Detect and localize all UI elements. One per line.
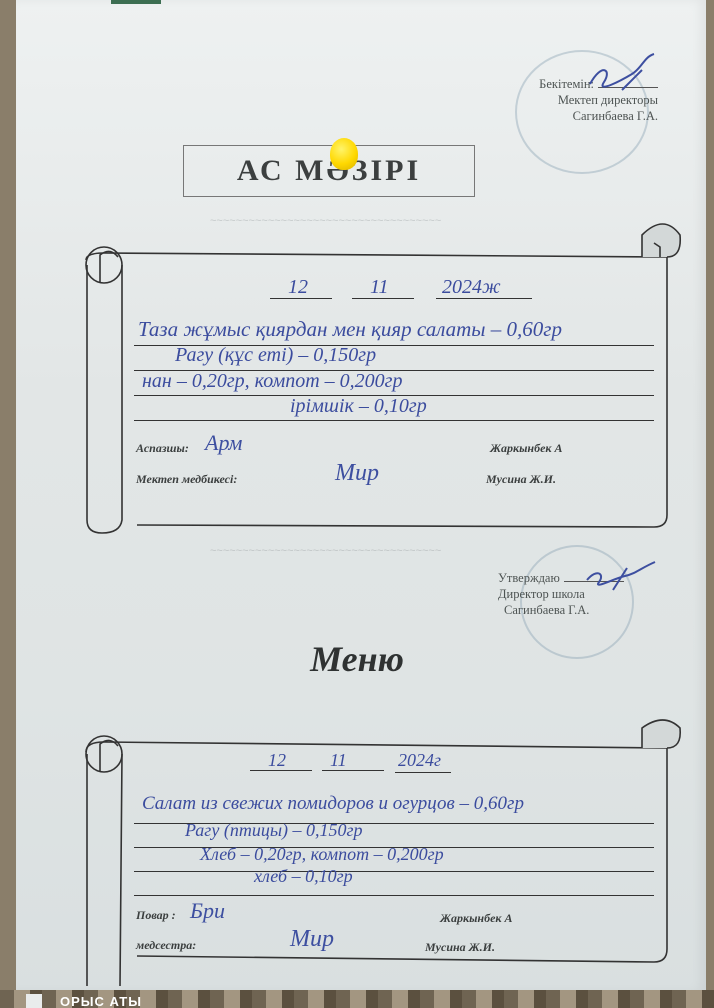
nurse-signature-kz: Мир (335, 460, 379, 487)
menu-scroll-ru (82, 724, 692, 1008)
nurse-name-ru: Мусина Ж.И. (425, 940, 495, 955)
director-signature-kz (582, 52, 662, 97)
cook-role-ru: Повар : (136, 908, 176, 923)
menu-item-kz-1: Таза жұмыс қиярдан мен қияр салаты – 0,6… (138, 317, 562, 342)
menu-item-kz-4: ірімшік – 0,10гр (290, 395, 427, 418)
menu-line-rule (134, 871, 654, 872)
date-year-line-ru (395, 772, 451, 773)
date-month-kz: 11 (370, 276, 389, 299)
date-year-ru: 2024г (398, 750, 441, 771)
page-title-kz: АС МӘЗІРІ (237, 154, 421, 188)
overlay-badge-icon (26, 994, 42, 1008)
menu-line-rule (134, 420, 654, 421)
menu-item-ru-1: Салат из свежих помидоров и огурцов – 0,… (142, 793, 524, 815)
green-tape (111, 0, 161, 4)
yellow-pushpin-icon (330, 138, 358, 170)
menu-item-ru-2: Рагу (птицы) – 0,150гр (185, 820, 363, 841)
date-year-kz: 2024ж (442, 276, 501, 299)
nurse-role-ru: медсестра: (136, 938, 196, 953)
scroll-frame-ru (82, 724, 692, 1008)
director-signature-ru (585, 558, 665, 598)
cook-role-kz: Аспазшы: (136, 441, 189, 456)
menu-line-rule (134, 895, 654, 896)
date-day-ru: 12 (268, 750, 286, 771)
menu-item-kz-2: Рагу (құс еті) – 0,150гр (175, 344, 376, 367)
print-through-text: ~~~~~~~~~~~~~~~~~~~~~~~~~~~~~~~~~~~~ (210, 545, 441, 557)
title-box-kz: АС МӘЗІРІ (183, 145, 475, 197)
approval-ru-label: Утверждаю (498, 571, 560, 585)
cook-name-kz: Жаркынбек А (490, 441, 563, 456)
nurse-signature-ru: Мир (290, 926, 334, 953)
approval-kz-name: Сагинбаева Г.А. (508, 108, 658, 124)
bottom-overlay-text: ОРЫС АТЫ (60, 994, 142, 1008)
approval-ru-name: Сагинбаева Г.А. (498, 602, 648, 618)
menu-item-ru-3: Хлеб – 0,20гр, компот – 0,200гр (200, 844, 444, 865)
date-day-kz: 12 (288, 276, 308, 299)
cook-signature-kz: Арм (205, 430, 242, 456)
cook-signature-ru: Бри (190, 898, 225, 924)
date-month-ru: 11 (330, 750, 347, 771)
cook-name-ru: Жаркынбек А (440, 911, 513, 926)
page-title-ru: Меню (0, 638, 714, 680)
nurse-name-kz: Мусина Ж.И. (486, 472, 556, 487)
nurse-role-kz: Мектеп медбикесі: (136, 472, 237, 487)
menu-item-ru-4: хлеб – 0,10гр (254, 866, 353, 887)
menu-item-kz-3: нан – 0,20гр, компот – 0,200гр (142, 370, 403, 393)
